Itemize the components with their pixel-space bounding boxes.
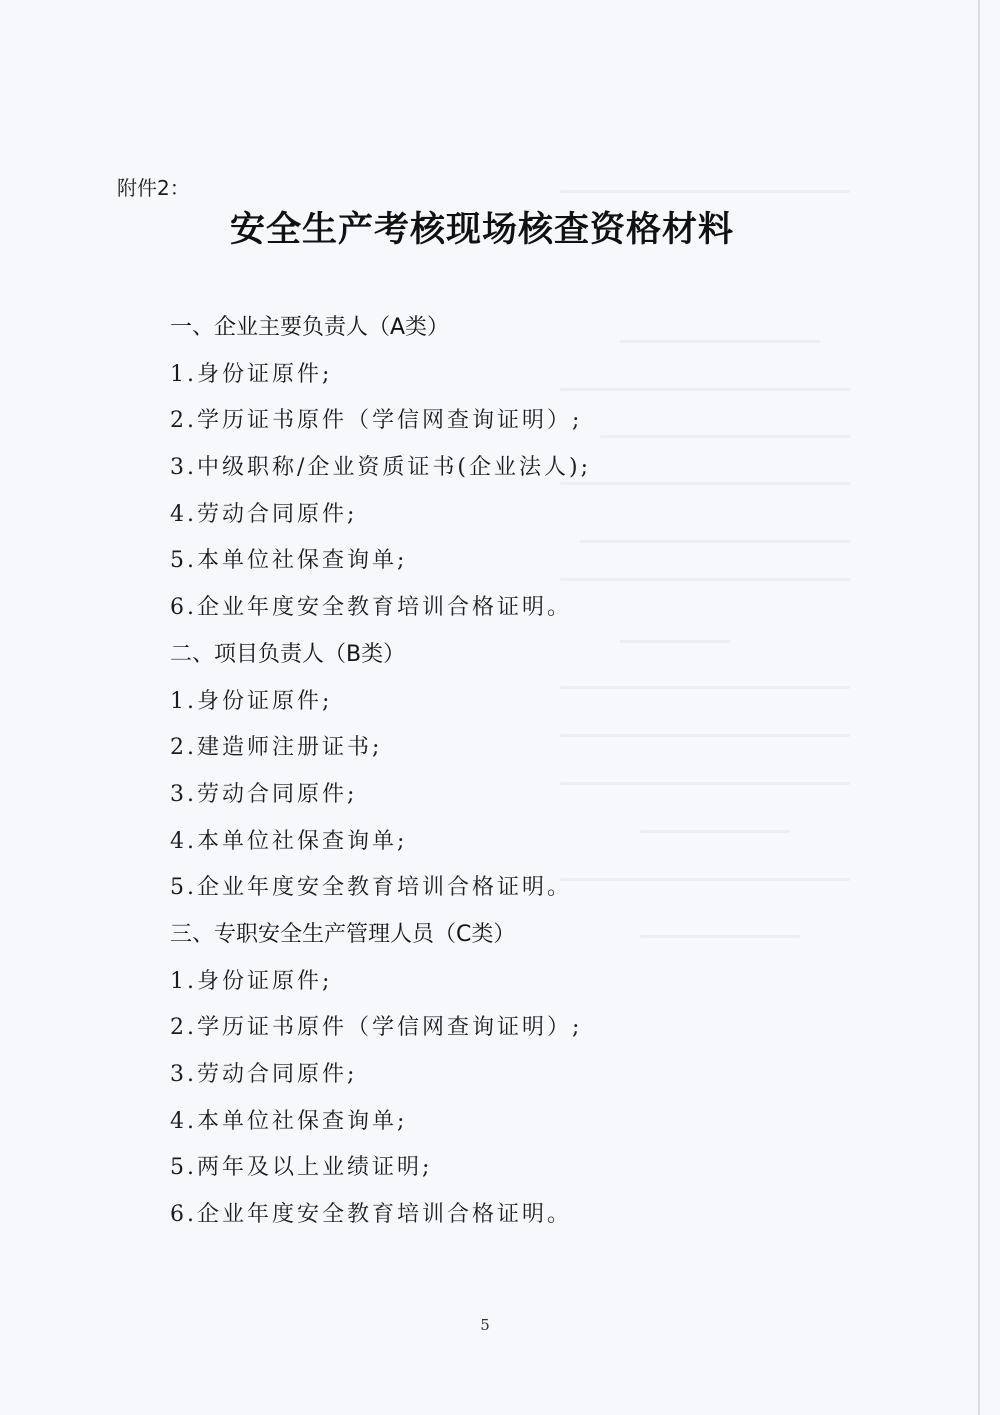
bleed-through-texture <box>560 190 850 193</box>
list-item: 6.企业年度安全教育培训合格证明。 <box>170 1192 870 1239</box>
list-item: 3.劳动合同原件; <box>170 1052 870 1099</box>
page-title: 安全生产考核现场核查资格材料 <box>0 202 964 252</box>
list-item: 5.企业年度安全教育培训合格证明。 <box>170 865 870 912</box>
list-item: 1.身份证原件; <box>170 679 870 726</box>
list-item: 2.建造师注册证书; <box>170 725 870 772</box>
list-item: 2.学历证书原件（学信网查询证明）; <box>170 1005 870 1052</box>
list-item: 6.企业年度安全教育培训合格证明。 <box>170 585 870 632</box>
list-item: 4.本单位社保查询单; <box>170 819 870 866</box>
requirements-list: 一、企业主要负责人（A类） 1.身份证原件; 2.学历证书原件（学信网查询证明）… <box>170 305 870 1239</box>
list-item: 3.劳动合同原件; <box>170 772 870 819</box>
list-item: 5.两年及以上业绩证明; <box>170 1145 870 1192</box>
list-item: 3.中级职称/企业资质证书(企业法人); <box>170 445 870 492</box>
attachment-label: 附件2： <box>117 172 190 201</box>
scan-edge-line <box>978 0 980 1415</box>
list-item: 1.身份证原件; <box>170 959 870 1006</box>
list-item: 4.本单位社保查询单; <box>170 1099 870 1146</box>
document-page: 附件2： 安全生产考核现场核查资格材料 一、企业主要负责人（A类） 1.身份证原… <box>0 0 1000 1415</box>
list-item: 5.本单位社保查询单; <box>170 538 870 585</box>
section-heading-a: 一、企业主要负责人（A类） <box>170 305 870 352</box>
list-item: 2.学历证书原件（学信网查询证明）; <box>170 398 870 445</box>
list-item: 4.劳动合同原件; <box>170 492 870 539</box>
section-heading-b: 二、项目负责人（B类） <box>170 632 870 679</box>
list-item: 1.身份证原件; <box>170 352 870 399</box>
page-number: 5 <box>0 1316 970 1334</box>
section-heading-c: 三、专职安全生产管理人员（C类） <box>170 912 870 959</box>
